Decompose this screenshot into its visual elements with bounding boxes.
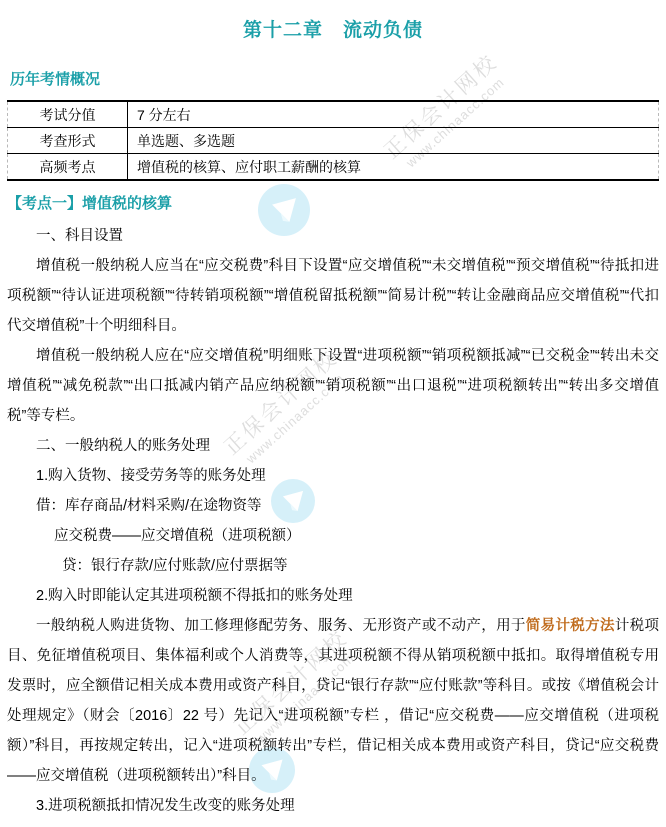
table-row: 高频考点 增值税的核算、应付职工薪酬的核算 — [8, 154, 659, 181]
paragraph-text: 一般纳税人购进货物、加工修理修配劳务、服务、无形资产或不动产，用于 — [36, 618, 526, 634]
table-row-label: 高频考点 — [8, 154, 128, 181]
document-page: 正保会计网校 www.chinaacc.com 正保会计网校 www.china… — [0, 0, 666, 827]
table-row-value: 单选题、多选题 — [128, 128, 659, 154]
journal-entry-credit: 贷：银行存款/应付账款/应付票据等 — [7, 551, 659, 581]
table-row-label: 考查形式 — [8, 128, 128, 154]
paragraph: 一般纳税人购进货物、加工修理修配劳务、服务、无形资产或不动产，用于简易计税方法计… — [7, 611, 659, 791]
body-text: 一、科目设置 增值税一般纳税人应当在“应交税费”科目下设置“应交增值税”“未交增… — [7, 221, 659, 821]
subsection-heading: 一、科目设置 — [7, 221, 659, 251]
overview-heading: 历年考情概况 — [10, 68, 659, 89]
paragraph: 增值税一般纳税人应当在“应交税费”科目下设置“应交增值税”“未交增值税”“预交增… — [7, 251, 659, 341]
table-row-value: 增值税的核算、应付职工薪酬的核算 — [128, 154, 659, 181]
exam-overview-table: 考试分值 7 分左右 考查形式 单选题、多选题 高频考点 增值税的核算、应付职工… — [7, 100, 659, 181]
item-heading: 3.进项税额抵扣情况发生改变的账务处理 — [7, 791, 659, 821]
chapter-title: 第十二章 流动负债 — [7, 0, 659, 42]
table-row-label: 考试分值 — [8, 101, 128, 128]
highlighted-term: 简易计税方法 — [526, 618, 615, 634]
table-row: 考试分值 7 分左右 — [8, 101, 659, 128]
table-row-value: 7 分左右 — [128, 101, 659, 128]
journal-entry-debit: 借：库存商品/材料采购/在途物资等 — [7, 491, 659, 521]
paragraph-text: 计税项目、免征增值税项目、集体福利或个人消费等，其进项税额不得从销项税额中抵扣。… — [7, 618, 659, 784]
table-row: 考查形式 单选题、多选题 — [8, 128, 659, 154]
subsection-heading: 二、一般纳税人的账务处理 — [7, 431, 659, 461]
keypoint-heading: 【考点一】增值税的核算 — [7, 192, 659, 213]
item-heading: 2.购入时即能认定其进项税额不得抵扣的账务处理 — [7, 581, 659, 611]
item-heading: 1.购入货物、接受劳务等的账务处理 — [7, 461, 659, 491]
document-content: 第十二章 流动负债 历年考情概况 考试分值 7 分左右 考查形式 单选题、多选题… — [0, 0, 666, 821]
journal-entry-debit-detail: 应交税费——应交增值税（进项税额） — [7, 521, 659, 551]
paragraph: 增值税一般纳税人应在“应交增值税”明细账下设置“进项税额”“销项税额抵减”“已交… — [7, 341, 659, 431]
